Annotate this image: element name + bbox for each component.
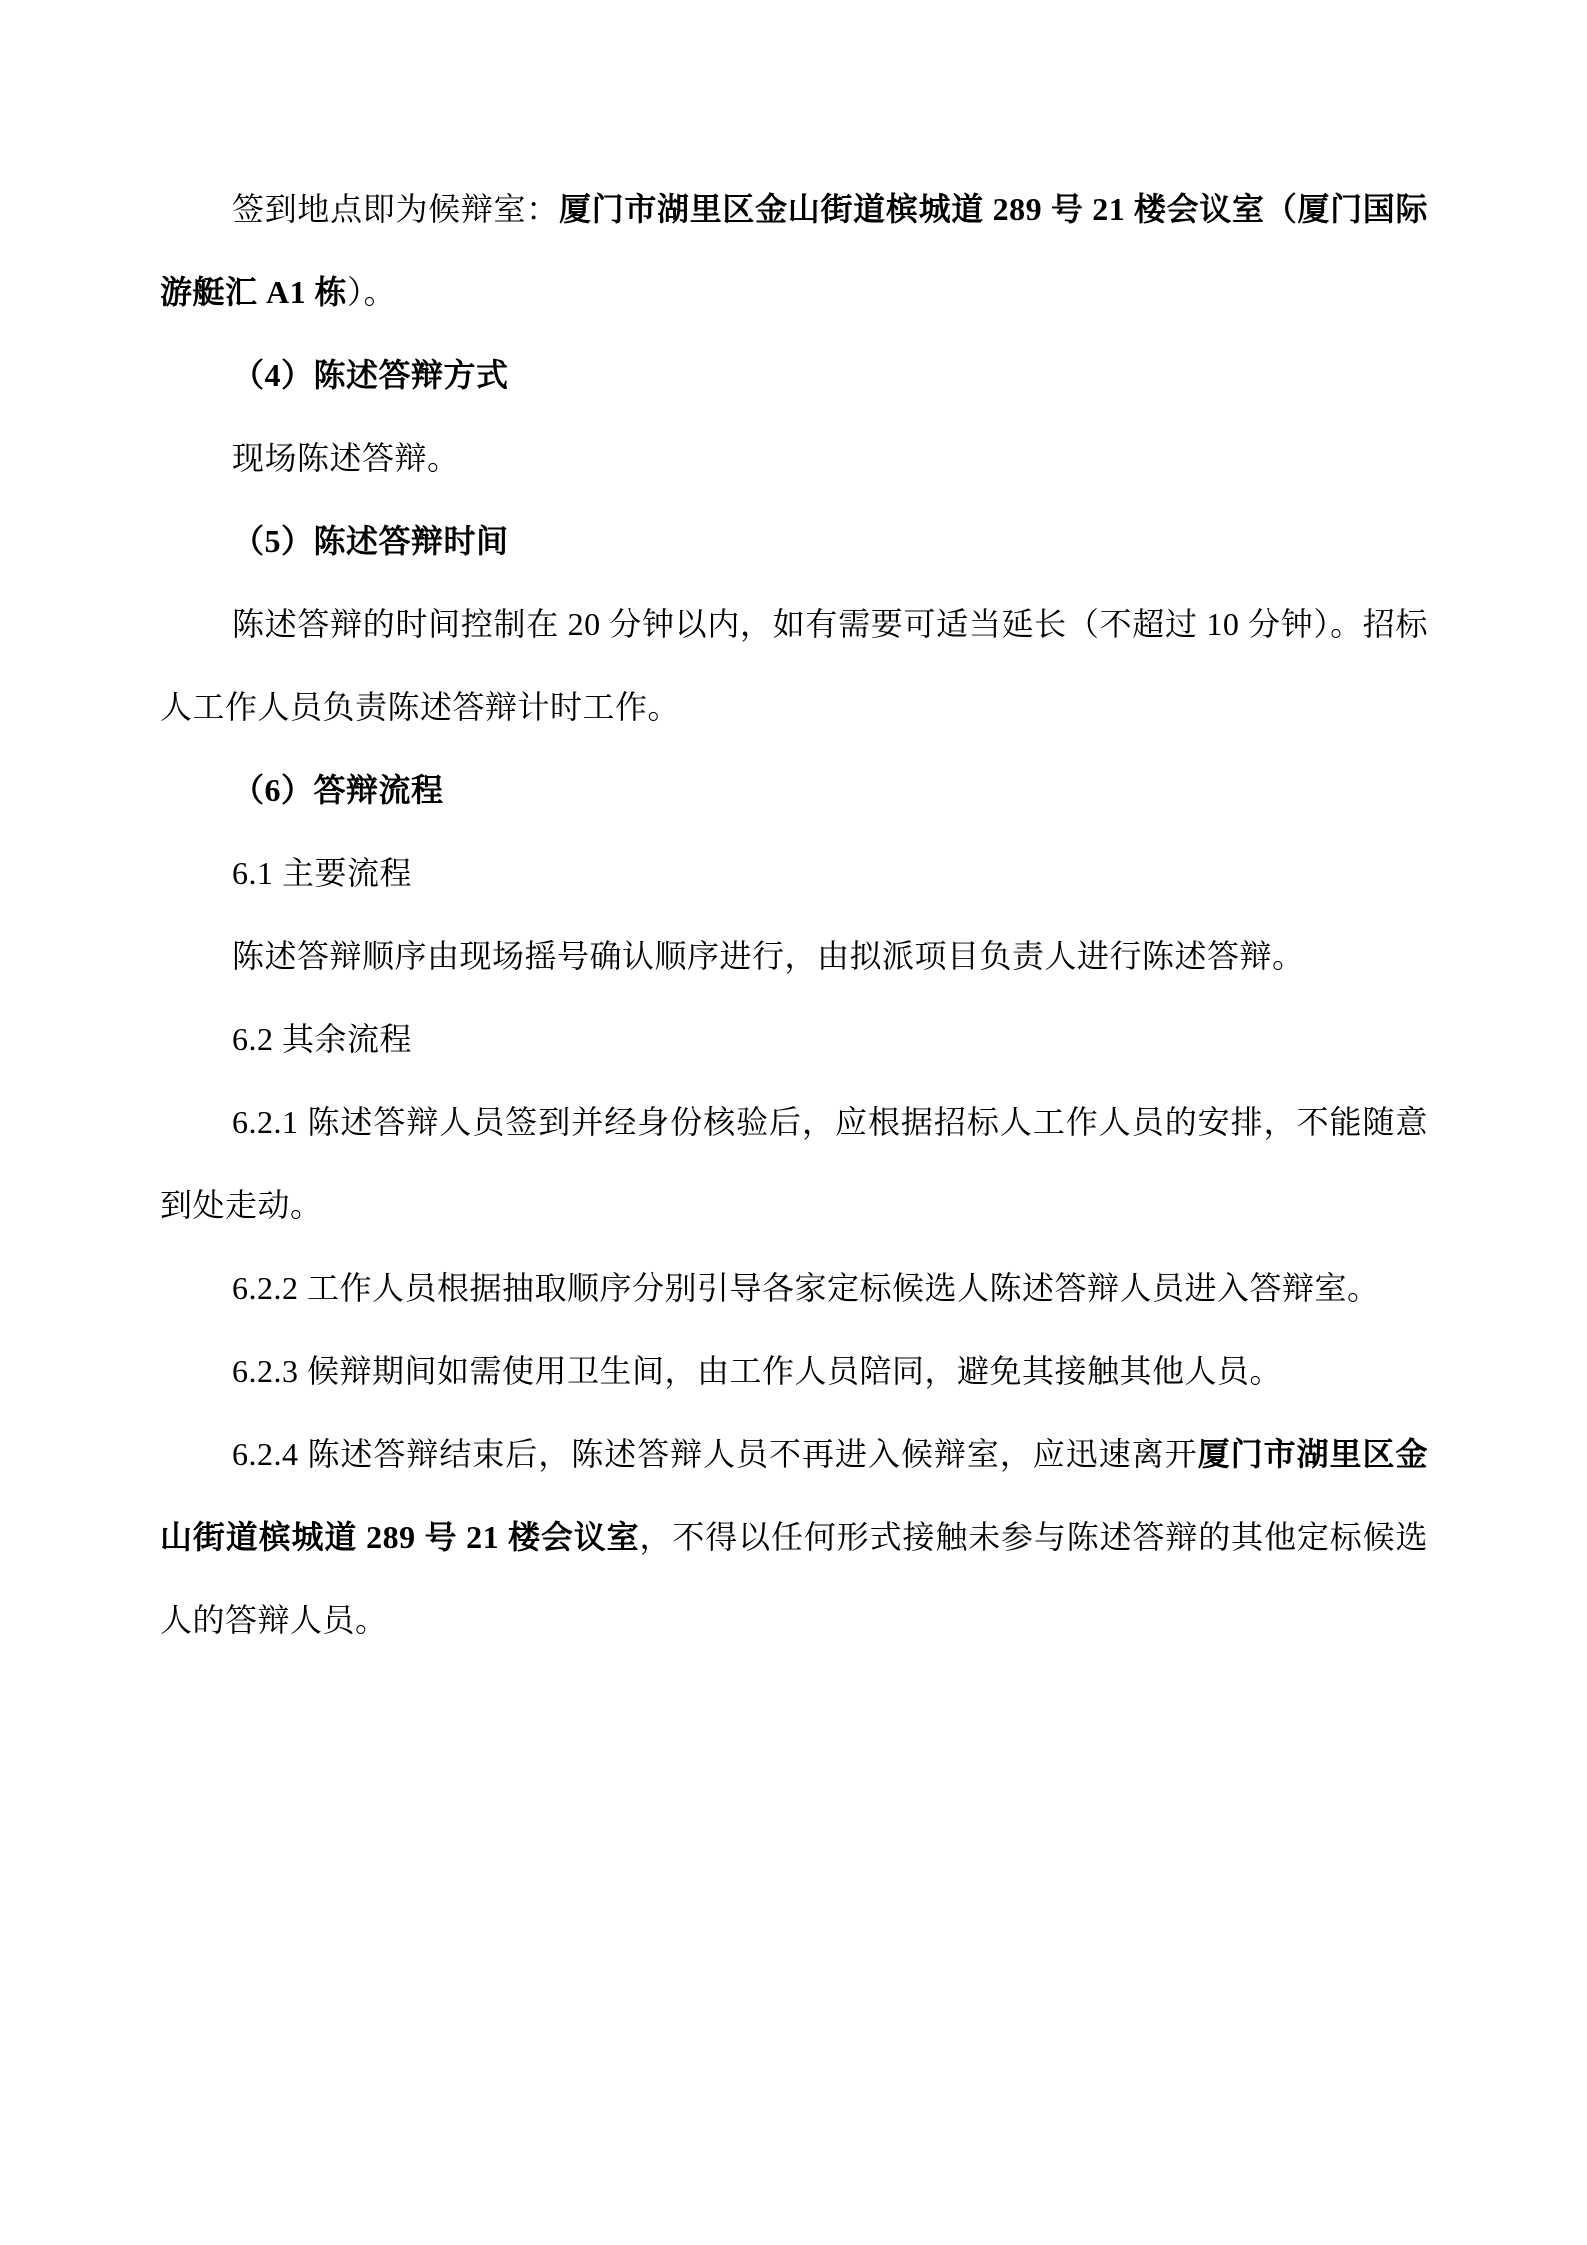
text-run: 6.2.3 候辩期间如需使用卫生间，由工作人员陪同，避免其接触其他人员。	[232, 1353, 1282, 1389]
text-run: 6.2 其余流程	[232, 1021, 412, 1057]
document-page: 签到地点即为候辩室：厦门市湖里区金山街道槟城道 289 号 21 楼会议室（厦门…	[0, 0, 1587, 2245]
text-run-bold: （4）陈述答辩方式	[232, 357, 509, 393]
text-run: ）。	[347, 274, 396, 310]
para-6-2-3: 6.2.3 候辩期间如需使用卫生间，由工作人员陪同，避免其接触其他人员。	[160, 1330, 1428, 1413]
para-6-1-content: 陈述答辩顺序由现场摇号确认顺序进行，由拟派项目负责人进行陈述答辩。	[160, 915, 1428, 998]
text-run-bold: （5）陈述答辩时间	[232, 523, 509, 559]
text-run: 6.1 主要流程	[232, 855, 412, 891]
heading-item-5: （5）陈述答辩时间	[160, 500, 1428, 583]
para-6-1-title: 6.1 主要流程	[160, 832, 1428, 915]
heading-item-4: （4）陈述答辩方式	[160, 334, 1428, 417]
text-run: 6.2.1 陈述答辩人员签到并经身份核验后，应根据招标人工作人员的安排，不能随意…	[160, 1104, 1428, 1223]
para-6-2-2: 6.2.2 工作人员根据抽取顺序分别引导各家定标候选人陈述答辩人员进入答辩室。	[160, 1247, 1428, 1330]
para-defense-time: 陈述答辩的时间控制在 20 分钟以内，如有需要可适当延长（不超过 10 分钟）。…	[160, 583, 1428, 749]
text-run: 现场陈述答辩。	[232, 440, 460, 476]
text-run-bold: （6）答辩流程	[232, 772, 444, 808]
text-run: 陈述答辩的时间控制在 20 分钟以内，如有需要可适当延长（不超过 10 分钟）。…	[160, 606, 1428, 725]
text-run: 6.2.4 陈述答辩结束后，陈述答辩人员不再进入候辩室，应迅速离开	[232, 1436, 1198, 1472]
para-6-2-title: 6.2 其余流程	[160, 998, 1428, 1081]
para-6-2-4: 6.2.4 陈述答辩结束后，陈述答辩人员不再进入候辩室，应迅速离开厦门市湖里区金…	[160, 1413, 1428, 1662]
para-6-2-1: 6.2.1 陈述答辩人员签到并经身份核验后，应根据招标人工作人员的安排，不能随意…	[160, 1081, 1428, 1247]
heading-item-6: （6）答辩流程	[160, 749, 1428, 832]
text-run: 陈述答辩顺序由现场摇号确认顺序进行，由拟派项目负责人进行陈述答辩。	[232, 938, 1305, 974]
text-run: 签到地点即为候辩室：	[232, 191, 559, 227]
text-run: 6.2.2 工作人员根据抽取顺序分别引导各家定标候选人陈述答辩人员进入答辩室。	[232, 1270, 1380, 1306]
para-sign-in-location: 签到地点即为候辩室：厦门市湖里区金山街道槟城道 289 号 21 楼会议室（厦门…	[160, 168, 1428, 334]
para-defense-method: 现场陈述答辩。	[160, 417, 1428, 500]
document-body: 签到地点即为候辩室：厦门市湖里区金山街道槟城道 289 号 21 楼会议室（厦门…	[160, 168, 1428, 1662]
